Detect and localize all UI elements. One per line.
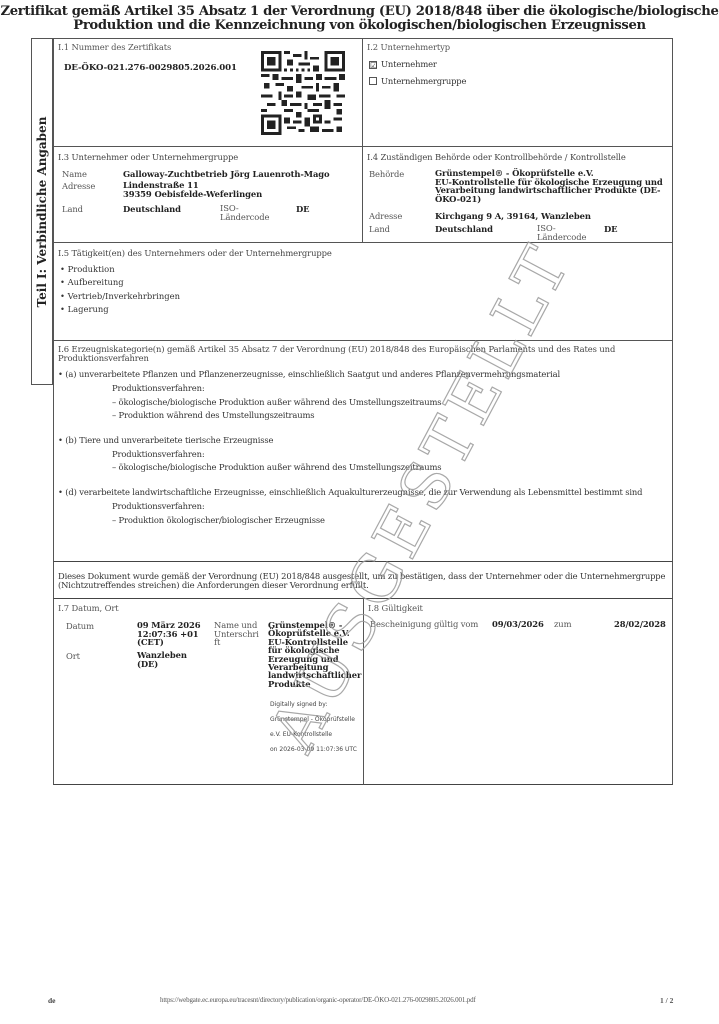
document-title: Zertifikat gemäß Artikel 35 Absatz 1 der… <box>0 5 719 33</box>
statement-text: Dieses Dokument wurde gemäß der Verordnu… <box>58 572 665 590</box>
list-item: • Vertrieb/Inverkehrbringen <box>60 290 180 303</box>
section-1-8-heading: I.8 Gültigkeit <box>368 603 423 613</box>
operator-name: Galloway-Zuchtbetrieb Jörg Lauenroth-Mag… <box>123 169 330 179</box>
category-d-method-label: Produktionsverfahren: <box>112 501 205 511</box>
category-a-method-label: Produktionsverfahren: <box>112 383 205 393</box>
valid-label: Bescheinigung gültig vom <box>370 619 478 629</box>
section-operator-type: I.2 Unternehmertyp ☑Unternehmer Unterneh… <box>362 38 673 147</box>
certificate-number: DE-ÖKO-021.276-0029805.2026.001 <box>64 63 237 73</box>
to-label: zum <box>554 619 571 629</box>
activities-list: • Produktion • Aufbereitung • Vertrieb/I… <box>60 263 180 316</box>
category-b-method-1: – ökologische/biologische Produktion auß… <box>112 462 441 472</box>
section-1-7-heading: I.7 Datum, Ort <box>58 603 119 613</box>
category-b-title: • (b) Tiere und unverarbeitete tierische… <box>58 435 273 445</box>
title-line-1: Zertifikat gemäß Artikel 35 Absatz 1 der… <box>0 5 719 19</box>
checkbox-unchecked-icon[interactable] <box>369 77 377 85</box>
address-label: Adresse <box>62 181 95 191</box>
section-1-5-heading: I.5 Tätigkeit(en) des Unternehmers oder … <box>58 248 332 258</box>
conformity-statement: Dieses Dokument wurde gemäß der Verordnu… <box>53 561 673 599</box>
iso-value: DE <box>296 204 309 214</box>
part-one-side-label: Teil I: Verbindliche Angaben <box>31 38 53 385</box>
qr-code-icon <box>261 47 345 139</box>
checkbox-unternehmer[interactable]: ☑Unternehmer <box>369 59 437 69</box>
section-operator: I.3 Unternehmer oder Unternehmergruppe N… <box>53 146 363 243</box>
category-d-method-1: – Produktion ökologischer/biologischer E… <box>112 515 325 525</box>
iso-label: ISO- Ländercode <box>220 204 269 222</box>
footer-page-number: 1 / 2 <box>660 996 673 1005</box>
place-label: Ort <box>66 651 80 661</box>
category-a-method-2: – Produktion während des Umstellungszeit… <box>112 410 314 420</box>
checkbox-checked-icon[interactable]: ☑ <box>369 61 377 69</box>
list-item: • Lagerung <box>60 303 180 316</box>
issue-date: 09 März 2026 12:07:36 +01 (CET) <box>137 621 200 647</box>
digital-signature: Digitally signed by: Grünstempel - Ökopr… <box>270 697 357 757</box>
signer-name: Grünstempel® - Ökoprüfstelle e.V. EU-Kon… <box>268 621 361 688</box>
checkbox-label: Unternehmer <box>381 59 437 69</box>
authority-country: Deutschland <box>435 224 493 234</box>
footer-url[interactable]: https://webgate.ec.europa.eu/tracesnt/di… <box>160 996 476 1004</box>
valid-to: 28/02/2028 <box>614 619 666 629</box>
title-line-2: Produktion und die Kennzeichnung von öko… <box>0 19 719 33</box>
section-1-2-heading: I.2 Unternehmertyp <box>367 42 450 52</box>
country-label: Land <box>62 204 83 214</box>
list-item: • Produktion <box>60 263 180 276</box>
authority-iso-value: DE <box>604 224 617 234</box>
authority-address: Kirchgang 9 A, 39164, Wanzleben <box>435 211 591 221</box>
issue-place: Wanzleben (DE) <box>137 651 187 668</box>
section-1-3-heading: I.3 Unternehmer oder Unternehmergruppe <box>58 152 238 162</box>
category-b-method-label: Produktionsverfahren: <box>112 449 205 459</box>
authority-label: Behörde <box>369 169 404 179</box>
authority-address-label: Adresse <box>369 211 402 221</box>
section-product-categories: I.6 Erzeugniskategorie(n) gemäß Artikel … <box>53 340 673 562</box>
signer-label: Name und Unterschri ft <box>214 621 259 647</box>
category-a-title: • (a) unverarbeitete Pflanzen und Pflanz… <box>58 369 560 379</box>
checkbox-unternehmergruppe[interactable]: Unternehmergruppe <box>369 76 466 86</box>
date-label: Datum <box>66 621 94 631</box>
side-label-text: Teil I: Verbindliche Angaben <box>35 116 49 307</box>
authority-iso-label: ISO- Ländercode <box>537 224 586 242</box>
section-1-1-heading: I.1 Nummer des Zertifikats <box>58 42 171 52</box>
authority-country-label: Land <box>369 224 390 234</box>
checkbox-label: Unternehmergruppe <box>381 76 466 86</box>
address-line-2: 39359 Oebisfelde-Weferlingen <box>123 190 262 199</box>
authority-name: Grünstempel® - Ökoprüfstelle e.V. EU-Kon… <box>435 169 663 203</box>
section-date-place: I.7 Datum, Ort Datum 09 März 2026 12:07:… <box>53 598 364 785</box>
country-value: Deutschland <box>123 204 181 214</box>
list-item: • Aufbereitung <box>60 276 180 289</box>
category-a-method-1: – ökologische/biologische Produktion auß… <box>112 397 441 407</box>
section-1-6-heading: I.6 Erzeugniskategorie(n) gemäß Artikel … <box>58 345 615 363</box>
valid-from: 09/03/2026 <box>492 619 544 629</box>
section-control-body: I.4 Zuständigen Behörde oder Kontrollbeh… <box>362 146 673 243</box>
section-activities: I.5 Tätigkeit(en) des Unternehmers oder … <box>53 242 673 341</box>
section-validity: I.8 Gültigkeit Bescheinigung gültig vom … <box>363 598 673 785</box>
footer-language: de <box>48 996 56 1005</box>
operator-address: Lindenstraße 11 39359 Oebisfelde-Weferli… <box>123 181 262 199</box>
name-label: Name <box>62 169 87 179</box>
category-d-title: • (d) verarbeitete landwirtschaftliche E… <box>58 487 642 497</box>
section-1-4-heading: I.4 Zuständigen Behörde oder Kontrollbeh… <box>367 152 626 162</box>
